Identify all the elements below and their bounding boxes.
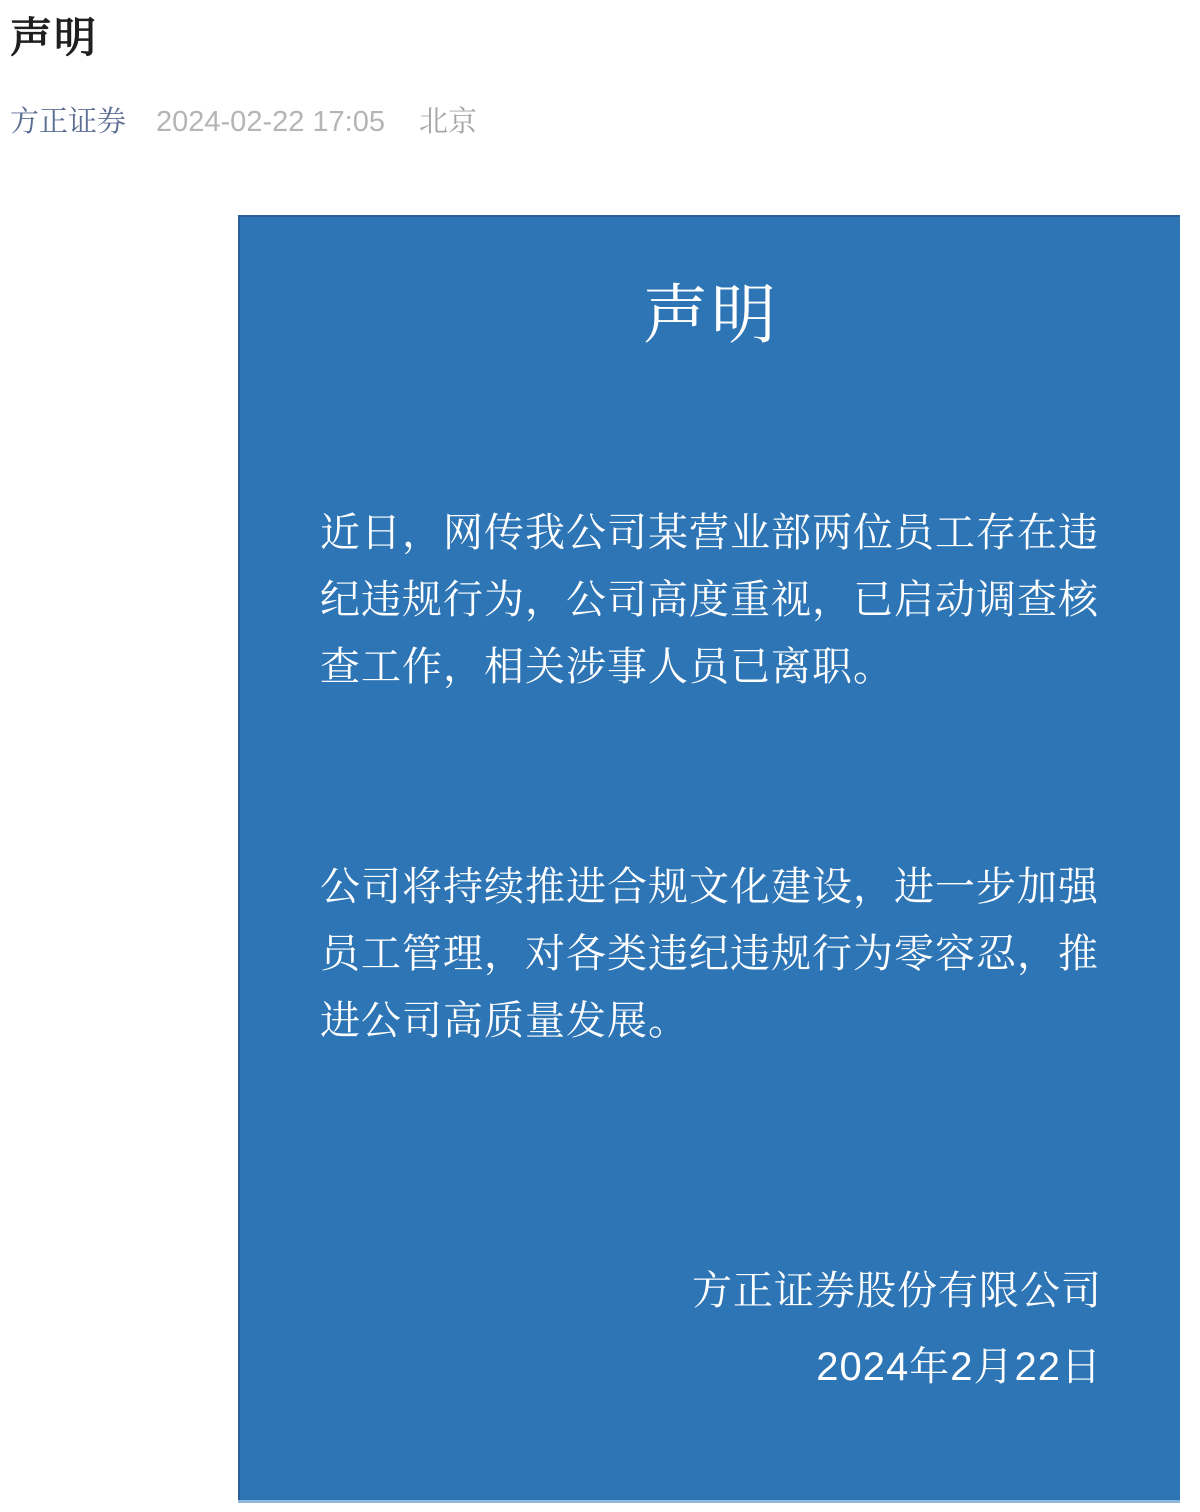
statement-line: 员工管理，对各类违纪违规行为零容忍，推 (320, 921, 1102, 988)
statement-signature: 方正证券股份有限公司 2024年2月22日 (320, 1253, 1102, 1405)
statement-image: 声明 近日，网传我公司某营业部两位员工存在违 纪违规行为，公司高度重视，已启动调… (238, 215, 1180, 1503)
statement-line: 公司将持续推进合规文化建设，进一步加强 (320, 854, 1102, 921)
publish-location: 北京 (419, 105, 477, 140)
publish-timestamp: 2024-02-22 17:05 (156, 105, 385, 140)
statement-line: 近日，网传我公司某营业部两位员工存在违 (320, 500, 1102, 567)
signature-company: 方正证券股份有限公司 (320, 1253, 1102, 1329)
statement-line: 纪违规行为，公司高度重视，已启动调查核 (320, 567, 1102, 634)
byline: 方正证券 2024-02-22 17:05 北京 (10, 105, 1200, 140)
statement-paragraph-1: 近日，网传我公司某营业部两位员工存在违 纪违规行为，公司高度重视，已启动调查核 … (320, 500, 1102, 701)
signature-date: 2024年2月22日 (320, 1329, 1102, 1405)
statement-line: 查工作，相关涉事人员已离职。 (320, 634, 1102, 701)
statement-title: 声明 (320, 279, 1102, 352)
author-link[interactable]: 方正证券 (10, 105, 126, 140)
article-header: 声明 方正证券 2024-02-22 17:05 北京 (0, 0, 1200, 139)
statement-paragraph-2: 公司将持续推进合规文化建设，进一步加强 员工管理，对各类违纪违规行为零容忍，推 … (320, 854, 1102, 1055)
statement-line: 进公司高质量发展。 (320, 988, 1102, 1055)
page-title: 声明 (10, 12, 1200, 65)
